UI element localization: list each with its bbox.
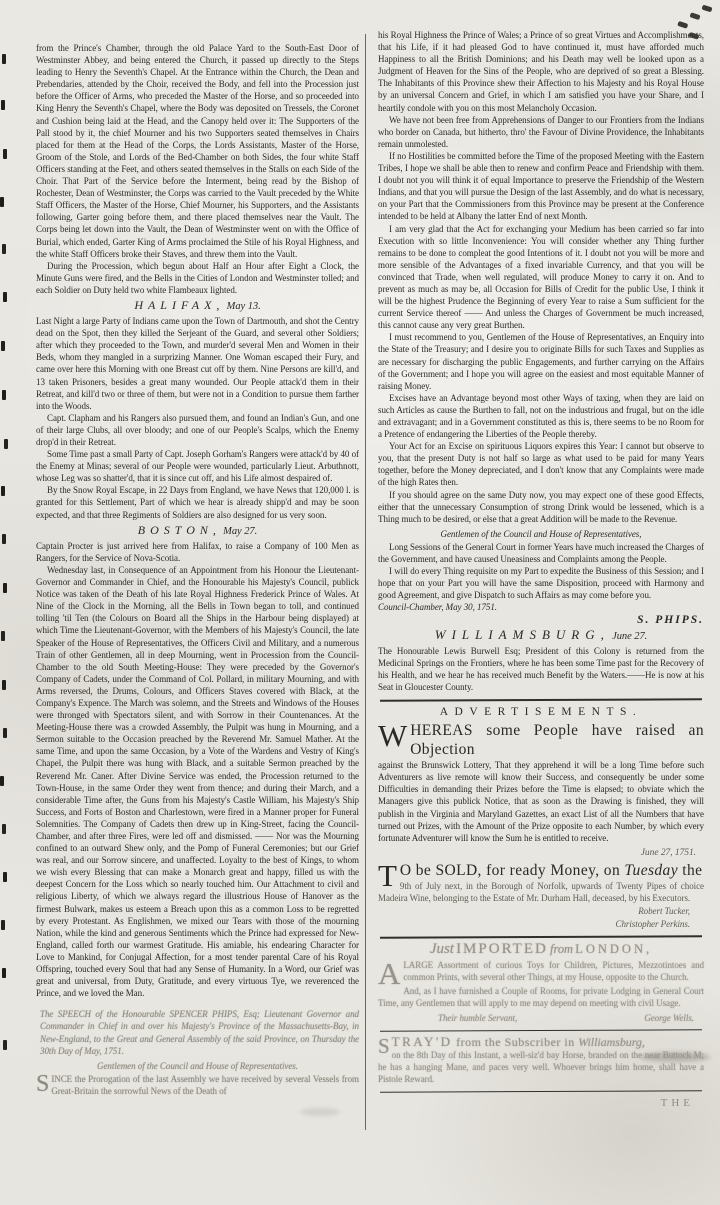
during-procession-paragraph: During the Procession, which begun about… [36,260,359,296]
phips-signature: S. PHIPS. [378,614,704,626]
address-line-left: Gentlemen of the Council and House of Re… [36,1060,359,1072]
speech-paragraph-3: If no Hostilities be committed before th… [378,150,704,223]
executor-signatures: Robert Tucker, Christopher Perkins. [378,905,690,930]
halifax-news-paragraph-1: Last Night a large Party of Indians came… [36,315,359,412]
halifax-dateline: HALIFAX, May 13. [36,299,359,313]
funeral-procession-paragraph: from the Prince's Chamber, through the o… [36,42,359,260]
council-chamber-line: Council-Chamber, May 30, 1751. [378,601,704,613]
speech-paragraph-6: Excises have an Advantage beyond most ot… [378,392,704,440]
newspaper-page: from the Prince's Chamber, through the o… [0,0,720,1205]
boston-news-paragraph-1: Captain Procter is just arrived here fro… [36,540,359,564]
speech-paragraph-7: Your Act for an Excise on spirituous Liq… [378,440,704,488]
signature-wells: George Wells. [644,1012,694,1024]
signature-perkins: Christopher Perkins. [616,919,691,929]
boston-news-paragraph-2: Wednesday last, in Consequence of an App… [36,564,359,999]
speech-paragraph-9: Long Sessions of the General Court in fo… [378,541,704,565]
corner-ink-marks [701,5,712,13]
binding-marks [2,54,6,64]
left-column: from the Prince's Chamber, through the o… [36,42,359,1097]
halifax-news-paragraph-4: By the Snow Royal Escape, in 22 Days fro… [36,484,359,520]
dropcap-w: W [378,721,410,748]
speech-paragraph-5: I must recommend to you, Gentlemen of th… [378,331,704,391]
catchword: THE [378,1097,694,1109]
imported-title: Just IMPORTED from LONDON, [378,943,704,956]
tobesold-lead: O be SOLD, for ready Money, on [400,862,624,879]
dateline-place: HALIFAX, [134,298,224,312]
signature-tucker: Robert Tucker, [638,906,690,916]
tobesold-lead-italic: Tuesday [624,862,678,879]
speech-paragraph-4: I am very glad that the Act for exchangi… [378,223,704,332]
strayd-place: Williamsburg, [578,1035,645,1049]
dropcap-t: T [378,861,400,888]
imported-title-london: LONDON, [575,942,652,956]
column-divider [365,34,366,1130]
ink-smudge [300,1108,340,1116]
strayd-lead: TRAY'D [392,1034,453,1049]
imported-advertisement: ALARGE Assortment of curious Toys for Ch… [378,959,704,983]
imported-title-from: from [550,942,573,956]
dateline-date: May 13. [227,301,261,312]
whereas-lead: HEREAS some People have raised an Object… [410,722,704,758]
imported-advertisement-2: And, as I have furnished a Couple of Roo… [378,985,704,1009]
boston-dateline: BOSTON, May 27. [36,524,359,538]
speech-paragraph-8: If you should agree on the same Duty now… [378,489,704,525]
williamsburg-dateline: WILLIAMSBURG, June 27. [378,629,704,643]
wine-sale-advertisement: TO be SOLD, for ready Money, on Tuesday … [378,861,704,904]
strayd-body: on the 8th Day of this Instant, a well-s… [378,1050,704,1084]
whereas-body: against the Brunswick Lottery, That they… [378,760,704,843]
dateline-place: BOSTON, [138,523,221,537]
imported-closing: Their humble Servant, George Wells. [438,1012,694,1024]
dropcap-a: A [378,959,403,986]
strayed-horse-advertisement: STRAY'D from the Subscriber in Williamsb… [378,1036,704,1085]
tobesold-lead-post: the [678,862,702,879]
right-column: his Royal Highness the Prince of Wales; … [378,29,704,1109]
speech-intro: The SPEECH of the Honourable SPENCER PHI… [36,1008,359,1056]
advertisement-date: June 27, 1751. [378,847,696,859]
closing-text: Their humble Servant, [438,1012,517,1024]
tobesold-body: 9th of July next, in the Borough of Norf… [378,881,704,903]
williamsburg-news-paragraph: The Honourable Lewis Burwell Esq; Presid… [378,645,704,693]
section-rule [380,935,702,938]
since-text: INCE the Prorogation of the last Assembl… [51,1074,359,1096]
dateline-date: May 27. [223,526,257,537]
strayd-mid: from the Subscriber in [453,1035,579,1049]
imported-title-just: Just [430,941,454,957]
halifax-news-paragraph-2: Capt. Clapham and his Rangers also pursu… [36,412,359,448]
imported-title-caps: IMPORTED [456,941,548,957]
speech-paragraph-1: his Royal Highness the Prince of Wales; … [378,29,704,114]
lottery-advertisement: WHEREAS some People have raised an Objec… [378,721,704,844]
section-rule [380,698,702,701]
address-line-right: Gentlemen of the Council and House of Re… [378,528,704,540]
speech-paragraph-10: I will do every Thing requisite on my Pa… [378,565,704,601]
dateline-place: WILLIAMSBURG, [435,627,610,642]
speech-paragraph-2: We have not been free from Apprehensions… [378,114,704,150]
dateline-date: June 27. [612,631,647,642]
dropcap-s: S [36,1073,51,1094]
advertisements-title: ADVERTISEMENTS. [378,706,704,718]
halifax-news-paragraph-3: Some Time past a small Party of Capt. Jo… [36,448,359,484]
imported-body: LARGE Assortment of curious Toys for Chi… [403,960,704,982]
section-rule [380,1029,702,1031]
since-paragraph: S INCE the Prorogation of the last Assem… [36,1073,359,1097]
dropcap-s: S [378,1036,392,1055]
section-rule [380,1090,702,1092]
